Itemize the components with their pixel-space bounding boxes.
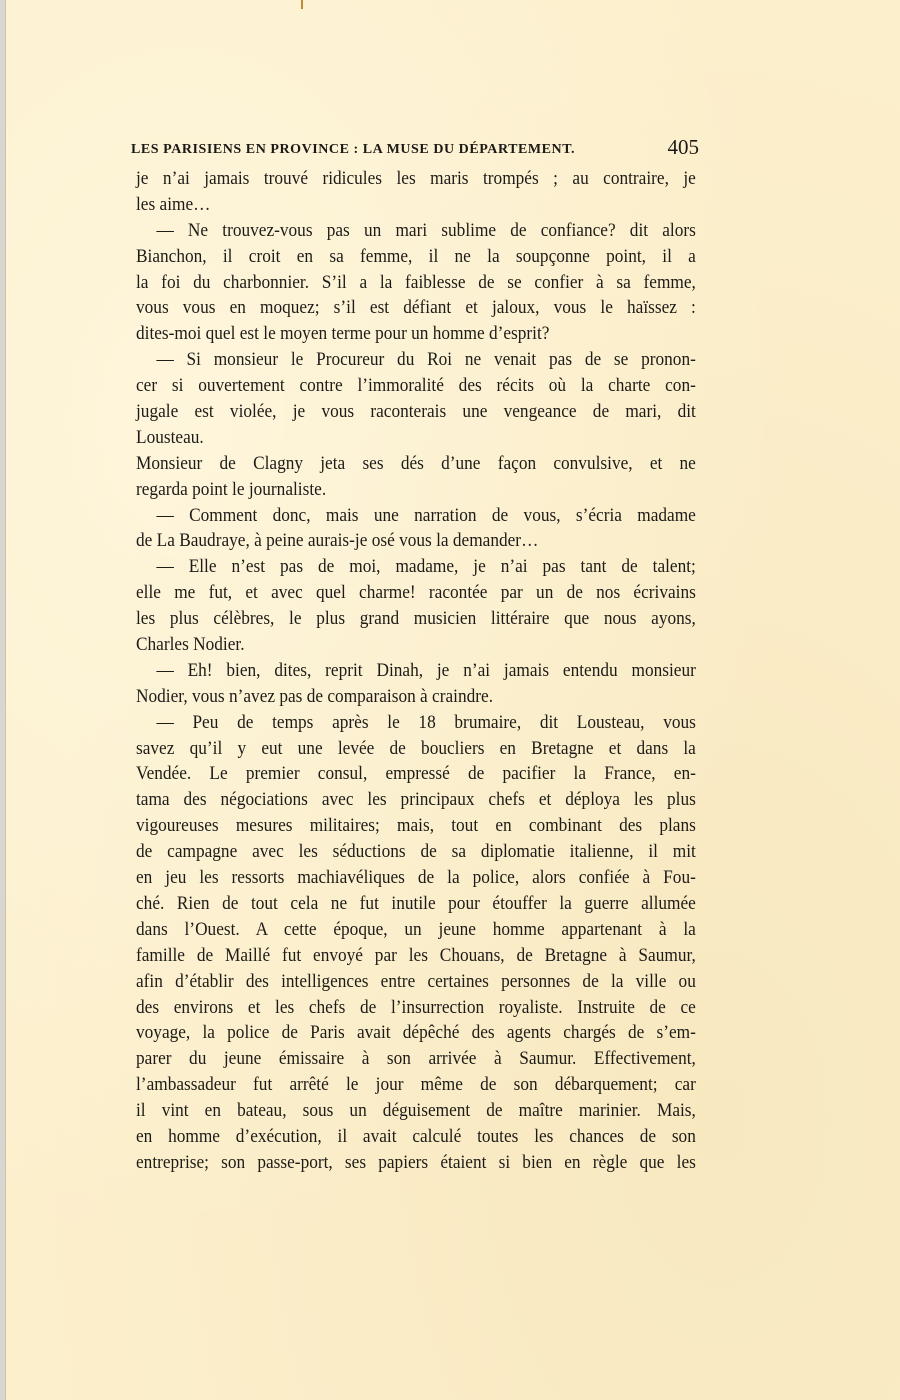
text-line: Vendée. Le premier consul, empressé de p… [136, 761, 696, 787]
text-line: Monsieur de Clagny jeta ses dés d’une fa… [136, 451, 696, 477]
text-line: — Elle n’est pas de moi, madame, je n’ai… [136, 554, 696, 580]
running-header-title: LES PARISIENS EN PROVINCE : LA MUSE DU D… [131, 142, 575, 158]
text-line: la foi du charbonnier. S’il a la faibles… [136, 270, 696, 296]
book-page: LES PARISIENS EN PROVINCE : LA MUSE DU D… [5, 0, 900, 1400]
text-line: — Peu de temps après le 18 brumaire, dit… [136, 710, 696, 736]
text-line: parer du jeune émissaire à son arrivée à… [136, 1046, 696, 1072]
text-line: tama des négociations avec les principau… [136, 787, 696, 813]
text-line: voyage, la police de Paris avait dépêché… [136, 1020, 696, 1046]
text-line: en homme d’exécution, il avait calculé t… [136, 1124, 696, 1150]
text-line: les aime… [136, 192, 696, 218]
text-line: l’ambassadeur fut arrêté le jour même de… [136, 1072, 696, 1098]
body-text: je n’ai jamais trouvé ridicules les mari… [136, 166, 696, 1176]
text-line: famille de Maillé fut envoyé par les Cho… [136, 943, 696, 969]
text-line: de La Baudraye, à peine aurais-je osé vo… [136, 528, 696, 554]
text-line: afin d’établir des intelligences entre c… [136, 969, 696, 995]
text-line: de campagne avec les séductions de sa di… [136, 839, 696, 865]
text-line: je n’ai jamais trouvé ridicules les mari… [136, 166, 696, 192]
text-line: — Ne trouvez-vous pas un mari sublime de… [136, 218, 696, 244]
text-line: dans l’Ouest. A cette époque, un jeune h… [136, 917, 696, 943]
text-line: savez qu’il y eut une levée de boucliers… [136, 736, 696, 762]
running-header: LES PARISIENS EN PROVINCE : LA MUSE DU D… [131, 135, 699, 159]
text-line: ché. Rien de tout cela ne fut inutile po… [136, 891, 696, 917]
text-line: dites-moi quel est le moyen terme pour u… [136, 321, 696, 347]
text-line: — Comment donc, mais une narration de vo… [136, 503, 696, 529]
text-line: Charles Nodier. [136, 632, 696, 658]
text-line: les plus célèbres, le plus grand musicie… [136, 606, 696, 632]
text-line: — Si monsieur le Procureur du Roi ne ven… [136, 347, 696, 373]
text-line: Bianchon, il croit en sa femme, il ne la… [136, 244, 696, 270]
text-line: des environs et les chefs de l’insurrect… [136, 995, 696, 1021]
text-line: — Eh! bien, dites, reprit Dinah, je n’ai… [136, 658, 696, 684]
text-line: Lousteau. [136, 425, 696, 451]
margin-mark [301, 0, 303, 9]
text-line: jugale est violée, je vous raconterais u… [136, 399, 696, 425]
text-line: vigoureuses mesures militaires; mais, to… [136, 813, 696, 839]
text-line: entreprise; son passe-port, ses papiers … [136, 1150, 696, 1176]
text-line: vous vous en moquez; s’il est défiant et… [136, 295, 696, 321]
text-line: il vint en bateau, sous un déguisement d… [136, 1098, 696, 1124]
text-line: elle me fut, et avec quel charme! racont… [136, 580, 696, 606]
text-line: Nodier, vous n’avez pas de comparaison à… [136, 684, 696, 710]
text-line: cer si ouvertement contre l’immoralité d… [136, 373, 696, 399]
page-number: 405 [668, 135, 700, 160]
text-line: regarda point le journaliste. [136, 477, 696, 503]
text-line: en jeu les ressorts machiavéliques de la… [136, 865, 696, 891]
